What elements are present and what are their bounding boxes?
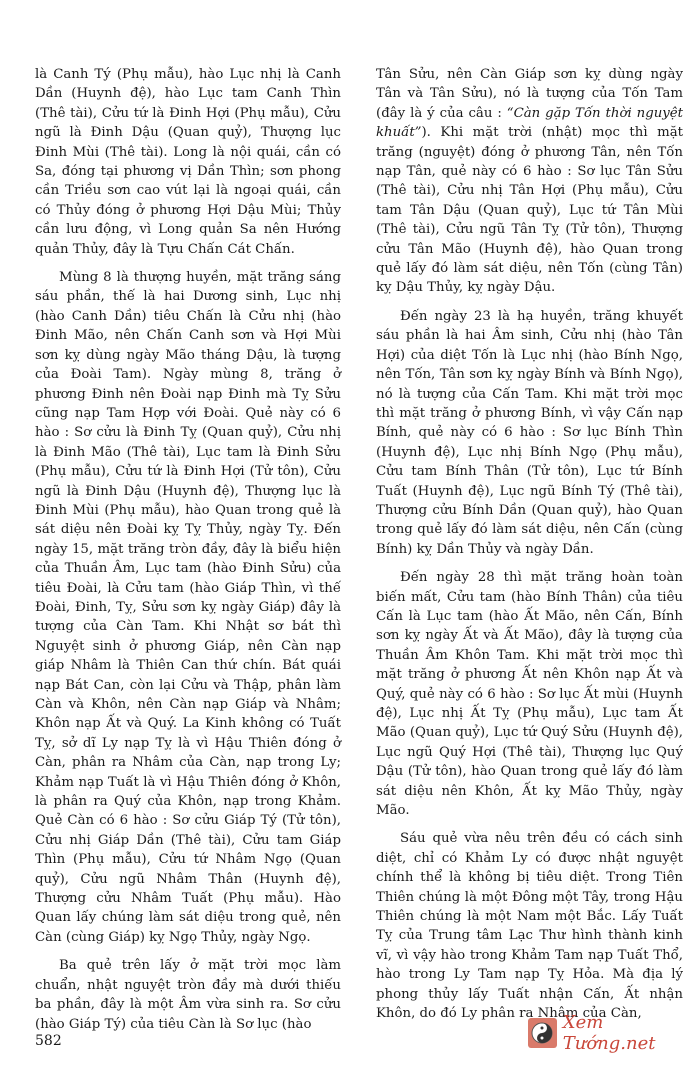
- watermark-text: Xem Tướng.net: [563, 1012, 696, 1054]
- paragraph: Ba quẻ trên lấy ở mặt trời mọc làm chuẩn…: [35, 956, 341, 1034]
- page-number: 582: [35, 1033, 62, 1049]
- yin-yang-icon: [528, 1018, 557, 1048]
- book-page: là Canh Tý (Phụ mẫu), hào Lục nhị là Can…: [0, 0, 696, 1067]
- watermark: Xem Tướng.net: [528, 1016, 696, 1050]
- left-column: là Canh Tý (Phụ mẫu), hào Lục nhị là Can…: [35, 65, 341, 1043]
- paragraph: là Canh Tý (Phụ mẫu), hào Lục nhị là Can…: [35, 65, 341, 259]
- right-column: Tân Sửu, nên Càn Giáp sơn kỵ dùng ngày T…: [376, 65, 683, 1033]
- paragraph: Mùng 8 là thượng huyền, mặt trăng sáng s…: [35, 268, 341, 947]
- paragraph: Sáu quẻ vừa nêu trên đều có cách sinh di…: [376, 829, 683, 1023]
- paragraph: Đến ngày 28 thì mặt trăng hoàn toàn biến…: [376, 568, 683, 820]
- paragraph-text: ). Khi mặt trời (nhật) mọc thì mặt trăng…: [376, 125, 683, 295]
- paragraph: Tân Sửu, nên Càn Giáp sơn kỵ dùng ngày T…: [376, 65, 683, 298]
- paragraph: Đến ngày 23 là hạ huyền, trăng khuyết sá…: [376, 307, 683, 559]
